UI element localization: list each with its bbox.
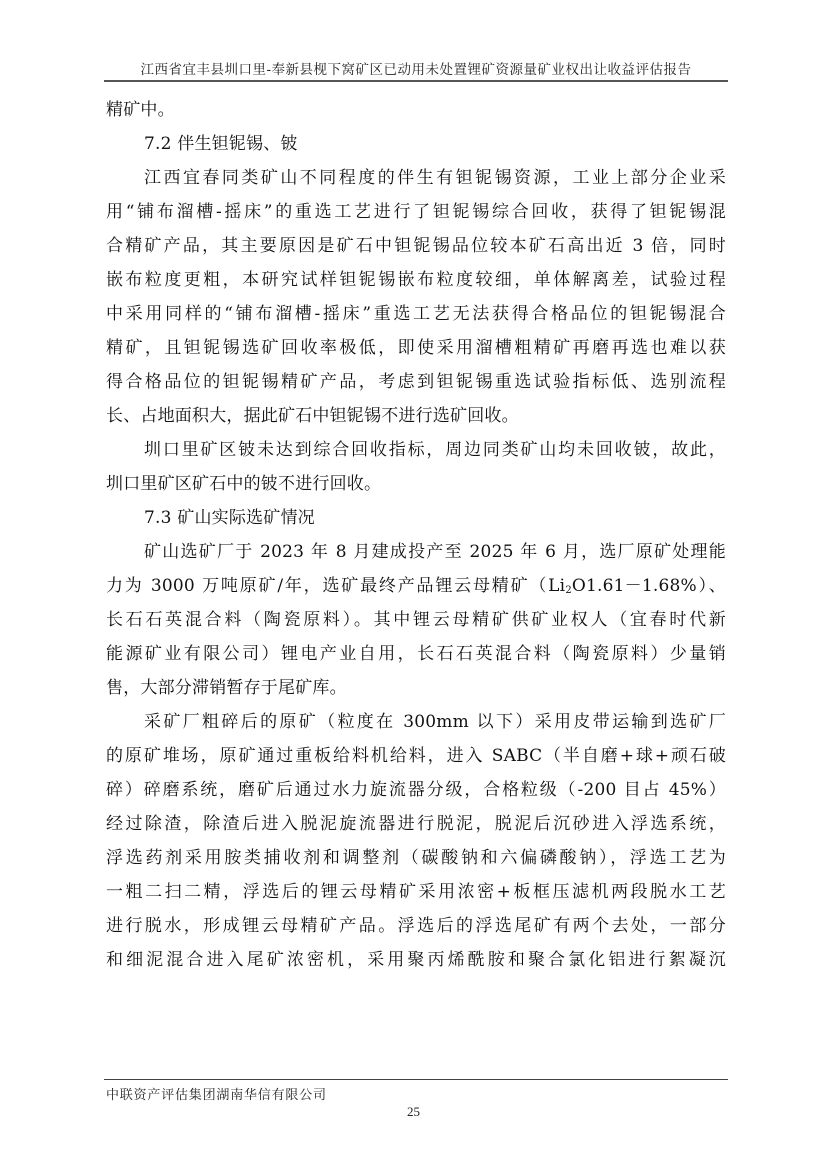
text-line: 能源矿业有限公司）锂电产业自用，长石石英混合料（陶瓷原料）少量销: [106, 637, 726, 671]
text-line: 的原矿堆场，原矿通过重板给料机给料，进入 SABC（半自磨+球+顽石破: [106, 739, 726, 773]
text-line: 矿山选矿厂于 2023 年 8 月建成投产至 2025 年 6 月，选厂原矿处理…: [106, 535, 726, 569]
text-line: 经过除渣，除渣后进入脱泥旋流器进行脱泥，脱泥后沉砂进入浮选系统，: [106, 807, 726, 841]
text-line: 长石石英混合料（陶瓷原料）。其中锂云母精矿供矿业权人（宜春时代新: [106, 603, 726, 637]
text-line: 售，大部分滞销暂存于尾矿库。: [106, 671, 726, 705]
section-heading-7-2: 7.2 伴生钽铌锡、铍: [106, 127, 726, 161]
text-line: 得合格品位的钽铌锡精矿产品，考虑到钽铌锡重选试验指标低、选别流程: [106, 365, 726, 399]
text-line: 圳口里矿区铍未达到综合回收指标，周边同类矿山均未回收铍，故此，: [106, 433, 726, 467]
formula-prefix: 力为 3000 万吨原矿/年，选矿最终产品锂云母精矿（Li: [106, 576, 565, 596]
text-line: 和细泥混合进入尾矿浓密机，采用聚丙烯酰胺和聚合氯化铝进行絮凝沉: [106, 943, 726, 977]
text-line-formula: 力为 3000 万吨原矿/年，选矿最终产品锂云母精矿（Li2O1.61－1.68…: [106, 569, 726, 603]
text-line: 江西宜春同类矿山不同程度的伴生有钽铌锡资源，工业上部分企业采: [106, 161, 726, 195]
document-page: 江西省宜丰县圳口里-奉新县枧下窝矿区已动用未处置锂矿资源量矿业权出让收益评估报告…: [0, 0, 827, 1170]
header-divider: [104, 80, 728, 82]
text-line: 一粗二扫二精，浮选后的锂云母精矿采用浓密+板框压滤机两段脱水工艺: [106, 875, 726, 909]
text-line: 碎）碎磨系统，磨矿后通过水力旋流器分级，合格粒级（-200 目占 45%）: [106, 773, 726, 807]
text-line: 中采用同样的“铺布溜槽-摇床”重选工艺无法获得合格品位的钽铌锡混合: [106, 297, 726, 331]
text-line: 精矿中。: [106, 93, 726, 127]
text-line: 圳口里矿区矿石中的铍不进行回收。: [106, 467, 726, 501]
text-line: 进行脱水，形成锂云母精矿产品。浮选后的浮选尾矿有两个去处，一部分: [106, 909, 726, 943]
text-line: 采矿厂粗碎后的原矿（粒度在 300mm 以下）采用皮带运输到选矿厂: [106, 705, 726, 739]
section-heading-7-3: 7.3 矿山实际选矿情况: [106, 501, 726, 535]
body-text: 精矿中。 7.2 伴生钽铌锡、铍 江西宜春同类矿山不同程度的伴生有钽铌锡资源，工…: [106, 93, 726, 977]
running-header: 江西省宜丰县圳口里-奉新县枧下窝矿区已动用未处置锂矿资源量矿业权出让收益评估报告: [104, 58, 728, 78]
page-number: 25: [0, 1104, 827, 1120]
footer-divider: [104, 1079, 728, 1080]
text-line: 浮选药剂采用胺类捕收剂和调整剂（碳酸钠和六偏磷酸钠），浮选工艺为: [106, 841, 726, 875]
text-line: 精矿，且钽铌锡选矿回收率极低，即使采用溜槽粗精矿再磨再选也难以获: [106, 331, 726, 365]
text-line: 嵌布粒度更粗，本研究试样钽铌锡嵌布粒度较细，单体解离差，试验过程: [106, 263, 726, 297]
text-line: 长、占地面积大，据此矿石中钽铌锡不进行选矿回收。: [106, 399, 726, 433]
footer-company-name: 中联资产评估集团湖南华信有限公司: [106, 1084, 327, 1103]
formula-suffix: O1.61－1.68%）、: [572, 576, 726, 596]
text-line: 合精矿产品，其主要原因是矿石中钽铌锡品位较本矿石高出近 3 倍，同时: [106, 229, 726, 263]
text-line: 用“铺布溜槽-摇床”的重选工艺进行了钽铌锡综合回收，获得了钽铌锡混: [106, 195, 726, 229]
